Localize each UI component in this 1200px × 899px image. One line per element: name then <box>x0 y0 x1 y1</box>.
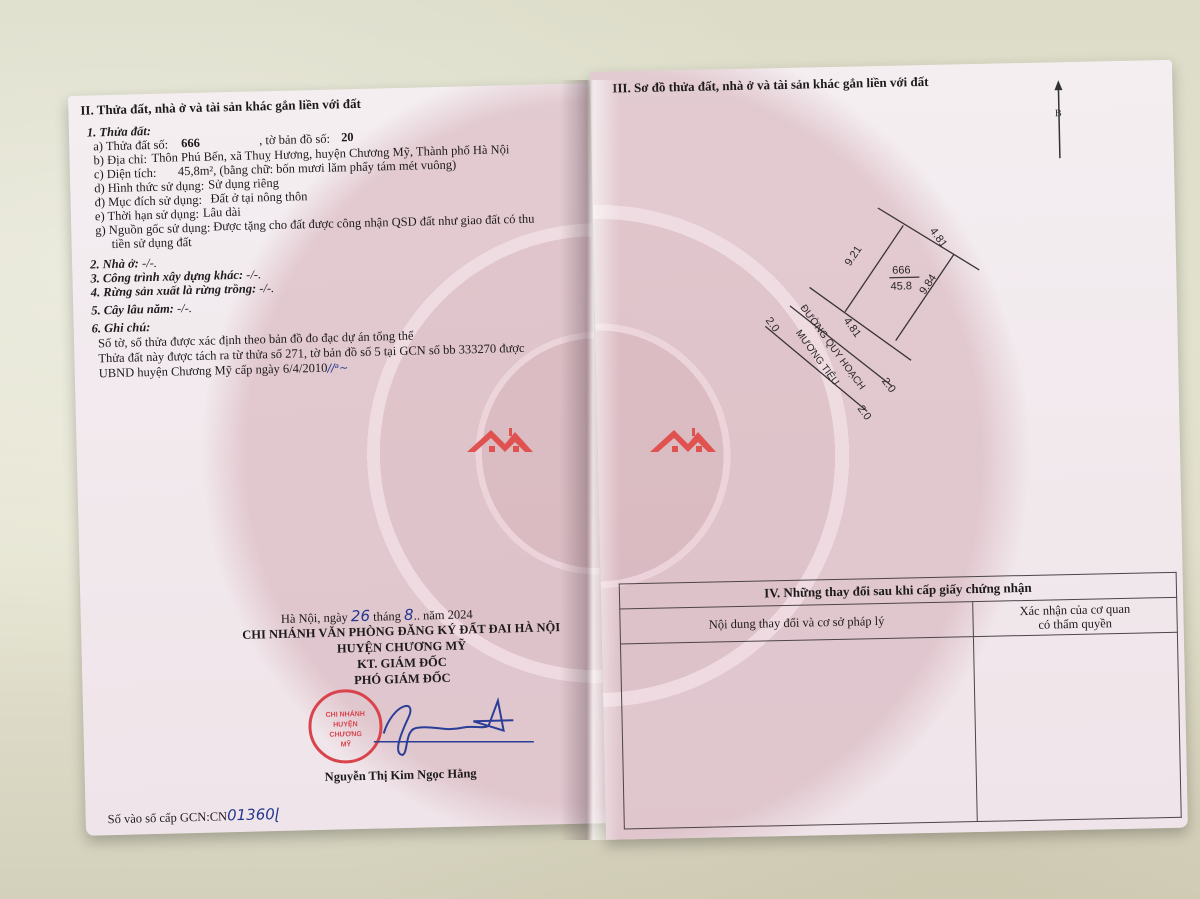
registry-label: Số vào sổ cấp GCN:CN <box>108 809 228 826</box>
date-day: 26 <box>351 607 371 625</box>
registry-entry: Số vào sổ cấp GCN:CN01360ɭ <box>107 807 279 826</box>
plot-left-edge: 9.21 <box>843 244 865 268</box>
map-sheet-label: , tờ bản đồ số: <box>259 132 330 148</box>
plot-top-edge: 4.81 <box>927 226 949 250</box>
approval-header-line2: có thẩm quyền <box>980 615 1171 633</box>
plot-parcel-number: 666 <box>892 264 911 276</box>
plot-bottom-edge: 4.81 <box>841 315 863 339</box>
address-label: b) Địa chỉ: <box>93 152 147 167</box>
origin-label: g) Nguồn gốc sử dụng: <box>95 221 210 238</box>
item-perennial-value: -/-. <box>177 301 192 315</box>
item-house-value: -/-. <box>142 256 157 270</box>
item-forest-label: 4. Rừng sản xuất là rừng trồng: <box>91 281 257 299</box>
registry-number: 01360 <box>227 805 275 824</box>
item-forest-value: -/-. <box>259 281 274 295</box>
origin-value-line1: Được tặng cho đất được công nhận QSD đất… <box>213 212 535 234</box>
item-house-label: 2. Nhà ở: <box>90 256 139 271</box>
watermark-house-logo-left <box>465 424 535 458</box>
signature <box>363 690 535 764</box>
section-2-title: II. Thửa đất, nhà ở và tài sản khác gắn … <box>80 97 361 118</box>
section-3-title: III. Sơ đồ thửa đất, nhà ở và tài sản kh… <box>612 75 928 96</box>
item-other-construction-value: -/-. <box>246 267 261 281</box>
date-month: 8 <box>404 606 414 624</box>
signer-name: Nguyễn Thị Kim Ngọc Hằng <box>325 766 477 784</box>
changes-content-cell <box>620 637 977 829</box>
plot-diagram: 666 45.8 4.81 9.21 9.84 4.81 ĐƯỜNG QUY H… <box>742 183 1027 449</box>
north-arrow-icon: B <box>1048 80 1070 160</box>
initials-mark: //ᵃ~ <box>327 361 348 375</box>
seal-line1: CHI NHÁNH <box>323 710 367 721</box>
term-value: Lâu dài <box>203 205 241 220</box>
purpose-value: Đất ở tại nông thôn <box>210 189 307 205</box>
year-label: năm 2024 <box>423 607 473 622</box>
plot-right-edge: 9.84 <box>917 272 939 296</box>
watermark-house-logo-right <box>648 424 718 458</box>
changes-table: IV. Những thay đổi sau khi cấp giấy chứn… <box>619 572 1182 830</box>
seal-line3: CHƯƠNG MỸ <box>324 730 368 751</box>
north-label: B <box>1055 108 1062 119</box>
changes-col-approval-header: Xác nhận của cơ quan có thẩm quyền <box>973 597 1178 636</box>
parcel-number: 666 <box>181 136 200 150</box>
ditch-width-right: 2.0 <box>855 403 874 422</box>
notes-heading: 6. Ghi chú: <box>92 320 151 335</box>
origin-value-line2: tiền sử dụng đất <box>111 235 191 251</box>
plot-area: 45.8 <box>890 280 912 292</box>
area-label: c) Diện tích: <box>94 166 157 182</box>
ditch-width-left: 2.0 <box>763 315 782 334</box>
month-label: tháng <box>373 609 401 624</box>
map-sheet-number: 20 <box>341 130 354 144</box>
changes-approval-cell <box>973 632 1181 821</box>
item-perennial-label: 5. Cây lâu năm: <box>91 301 174 317</box>
item-perennial: 5. Cây lâu năm: -/-. <box>91 301 192 317</box>
date-prefix: Hà Nội, ngày <box>281 610 348 626</box>
certificate-left-page: II. Thửa đất, nhà ở và tài sản khác gắn … <box>68 83 606 835</box>
